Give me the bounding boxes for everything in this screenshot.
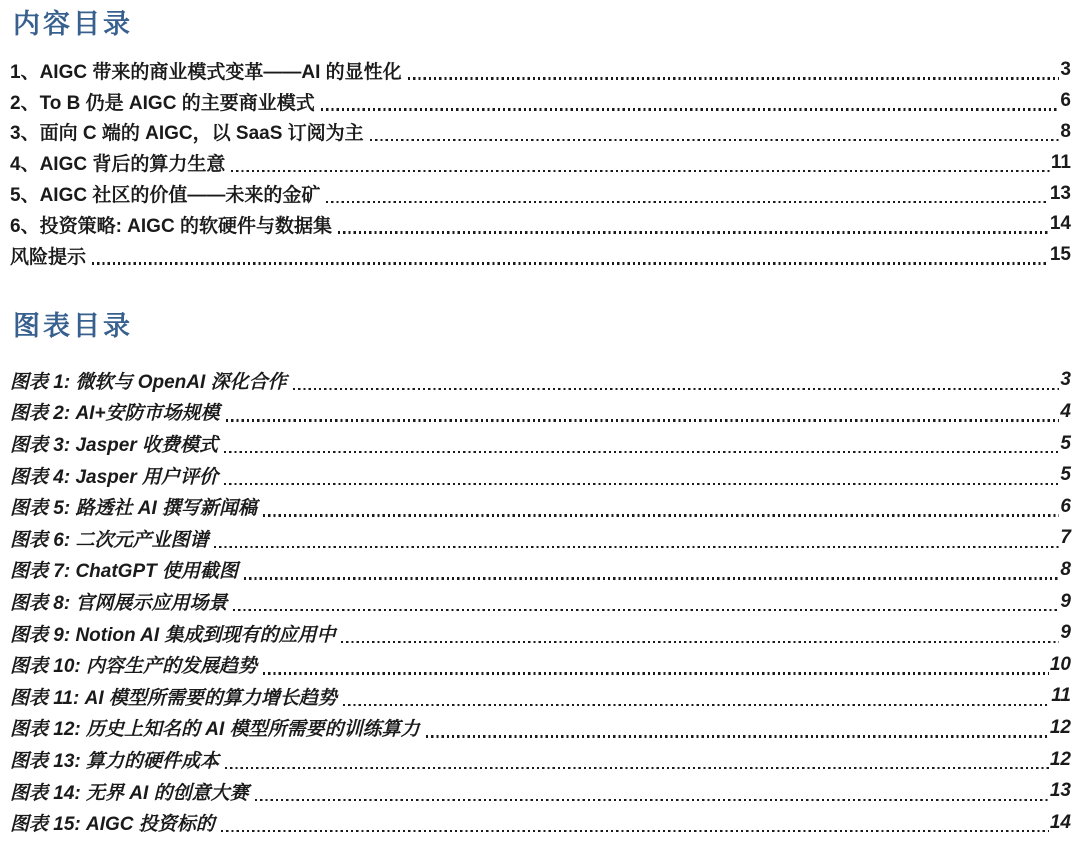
toc-item-page: 11 bbox=[1051, 152, 1071, 174]
dotted-leader bbox=[214, 546, 1059, 548]
figure-toc-item-page: 4 bbox=[1060, 401, 1071, 423]
figure-toc-item-label: 图表 12: 历史上知名的 AI 模型所需要的训练算力 bbox=[10, 714, 420, 741]
toc-item[interactable]: 4、AIGC 背后的算力生意 11 bbox=[10, 147, 1071, 178]
figure-toc-item-label: 图表 3: Jasper 收费模式 bbox=[10, 430, 218, 457]
figure-toc-item-page: 12 bbox=[1050, 717, 1071, 739]
figure-toc-item[interactable]: 图表 6: 二次元产业图谱 7 bbox=[10, 523, 1071, 555]
figure-toc-item-label: 图表 8: 官网展示应用场景 bbox=[10, 588, 227, 615]
toc-item-label: 1、AIGC 带来的商业模式变革——AI 的显性化 bbox=[10, 57, 402, 84]
dotted-leader bbox=[224, 483, 1059, 485]
figure-toc-item-label: 图表 9: Notion AI 集成到现有的应用中 bbox=[10, 620, 335, 647]
dotted-leader bbox=[338, 231, 1049, 233]
figure-toc-item[interactable]: 图表 1: 微软与 OpenAI 深化合作 3 bbox=[10, 365, 1071, 397]
figure-toc-item-page: 14 bbox=[1050, 812, 1071, 834]
toc-item-page: 13 bbox=[1050, 183, 1071, 205]
dotted-leader bbox=[233, 609, 1059, 611]
toc-item-page: 15 bbox=[1050, 244, 1071, 266]
figure-toc-list: 图表 1: 微软与 OpenAI 深化合作 3 图表 2: AI+安防市场规模 … bbox=[10, 365, 1071, 839]
dotted-leader bbox=[426, 735, 1049, 737]
toc-item[interactable]: 2、To B 仍是 AIGC 的主要商业模式 6 bbox=[10, 86, 1071, 117]
figure-toc-item-label: 图表 13: 算力的硬件成本 bbox=[10, 746, 219, 773]
dotted-leader bbox=[263, 672, 1049, 674]
toc-item-page: 3 bbox=[1060, 59, 1071, 81]
dotted-leader bbox=[225, 767, 1049, 769]
toc-item-page: 8 bbox=[1060, 121, 1071, 143]
figure-toc-item-page: 9 bbox=[1060, 622, 1071, 644]
figure-toc-item-label: 图表 11: AI 模型所需要的算力增长趋势 bbox=[10, 683, 337, 710]
figure-toc-title: 图表目录 bbox=[10, 309, 1071, 343]
figure-toc-item[interactable]: 图表 15: AIGC 投资标的 14 bbox=[10, 807, 1071, 839]
dotted-leader bbox=[92, 262, 1049, 264]
figure-toc-item[interactable]: 图表 2: AI+安防市场规模 4 bbox=[10, 396, 1071, 428]
toc-item-label: 2、To B 仍是 AIGC 的主要商业模式 bbox=[10, 88, 315, 115]
figure-toc-item-label: 图表 7: ChatGPT 使用截图 bbox=[10, 556, 238, 583]
figure-toc-item-label: 图表 5: 路透社 AI 撰写新闻稿 bbox=[10, 493, 257, 520]
figure-toc-item[interactable]: 图表 13: 算力的硬件成本 12 bbox=[10, 744, 1071, 776]
toc-item-label: 6、投资策略: AIGC 的软硬件与数据集 bbox=[10, 211, 332, 238]
figure-toc-item[interactable]: 图表 8: 官网展示应用场景 9 bbox=[10, 586, 1071, 618]
dotted-leader bbox=[224, 451, 1059, 453]
toc-item[interactable]: 6、投资策略: AIGC 的软硬件与数据集 14 bbox=[10, 209, 1071, 240]
figure-toc-item-page: 12 bbox=[1050, 749, 1071, 771]
toc-item-label: 3、面向 C 端的 AIGC，以 SaaS 订阅为主 bbox=[10, 118, 364, 145]
figure-toc-item-label: 图表 10: 内容生产的发展趋势 bbox=[10, 651, 257, 678]
figure-toc-item-page: 11 bbox=[1051, 685, 1071, 707]
figure-toc-item[interactable]: 图表 14: 无界 AI 的创意大赛 13 bbox=[10, 775, 1071, 807]
content-toc-title: 内容目录 bbox=[10, 7, 1071, 41]
dotted-leader bbox=[370, 139, 1060, 141]
figure-toc-item-page: 5 bbox=[1060, 433, 1071, 455]
dotted-leader bbox=[244, 577, 1059, 579]
dotted-leader bbox=[293, 388, 1060, 390]
figure-toc-item[interactable]: 图表 9: Notion AI 集成到现有的应用中 9 bbox=[10, 617, 1071, 649]
figure-toc-item[interactable]: 图表 3: Jasper 收费模式 5 bbox=[10, 428, 1071, 460]
toc-item-page: 14 bbox=[1050, 213, 1071, 235]
dotted-leader bbox=[231, 170, 1050, 172]
dotted-leader bbox=[226, 419, 1060, 421]
toc-item[interactable]: 5、AIGC 社区的价值——未来的金矿 13 bbox=[10, 178, 1071, 209]
figure-toc-item-label: 图表 1: 微软与 OpenAI 深化合作 bbox=[10, 367, 287, 394]
figure-toc-item-page: 5 bbox=[1060, 464, 1071, 486]
dotted-leader bbox=[263, 514, 1059, 516]
content-toc-list: 1、AIGC 带来的商业模式变革——AI 的显性化 3 2、To B 仍是 AI… bbox=[10, 55, 1071, 271]
dotted-leader bbox=[221, 830, 1049, 832]
dotted-leader bbox=[341, 641, 1059, 643]
figure-toc-item[interactable]: 图表 10: 内容生产的发展趋势 10 bbox=[10, 649, 1071, 681]
toc-item[interactable]: 风险提示 15 bbox=[10, 240, 1071, 271]
figure-toc-item[interactable]: 图表 5: 路透社 AI 撰写新闻稿 6 bbox=[10, 491, 1071, 523]
toc-item-label: 5、AIGC 社区的价值——未来的金矿 bbox=[10, 180, 320, 207]
dotted-leader bbox=[255, 799, 1049, 801]
toc-page: 内容目录 1、AIGC 带来的商业模式变革——AI 的显性化 3 2、To B … bbox=[0, 0, 1080, 844]
dotted-leader bbox=[408, 77, 1060, 79]
figure-toc-item-page: 10 bbox=[1050, 654, 1071, 676]
figure-toc-item[interactable]: 图表 12: 历史上知名的 AI 模型所需要的训练算力 12 bbox=[10, 712, 1071, 744]
figure-toc-item-page: 6 bbox=[1060, 496, 1071, 518]
dotted-leader bbox=[343, 704, 1050, 706]
figure-toc-item-page: 13 bbox=[1050, 780, 1071, 802]
figure-toc-item[interactable]: 图表 7: ChatGPT 使用截图 8 bbox=[10, 554, 1071, 586]
toc-item[interactable]: 3、面向 C 端的 AIGC，以 SaaS 订阅为主 8 bbox=[10, 117, 1071, 148]
toc-item-page: 6 bbox=[1060, 90, 1071, 112]
dotted-leader bbox=[321, 108, 1060, 110]
figure-toc-item[interactable]: 图表 4: Jasper 用户评价 5 bbox=[10, 459, 1071, 491]
toc-item[interactable]: 1、AIGC 带来的商业模式变革——AI 的显性化 3 bbox=[10, 55, 1071, 86]
figure-toc-item-label: 图表 4: Jasper 用户评价 bbox=[10, 462, 218, 489]
toc-item-label: 4、AIGC 背后的算力生意 bbox=[10, 149, 225, 176]
figure-toc-item-page: 8 bbox=[1060, 559, 1071, 581]
figure-toc-item-label: 图表 14: 无界 AI 的创意大赛 bbox=[10, 778, 249, 805]
figure-toc-item-page: 7 bbox=[1060, 527, 1071, 549]
figure-toc-item-page: 3 bbox=[1060, 369, 1071, 391]
figure-toc-item-label: 图表 15: AIGC 投资标的 bbox=[10, 809, 215, 836]
figure-toc-item-label: 图表 2: AI+安防市场规模 bbox=[10, 398, 220, 425]
figure-toc-item-label: 图表 6: 二次元产业图谱 bbox=[10, 525, 208, 552]
toc-item-label: 风险提示 bbox=[10, 242, 86, 269]
dotted-leader bbox=[326, 201, 1049, 203]
figure-toc-item[interactable]: 图表 11: AI 模型所需要的算力增长趋势 11 bbox=[10, 681, 1071, 713]
figure-toc-item-page: 9 bbox=[1060, 591, 1071, 613]
